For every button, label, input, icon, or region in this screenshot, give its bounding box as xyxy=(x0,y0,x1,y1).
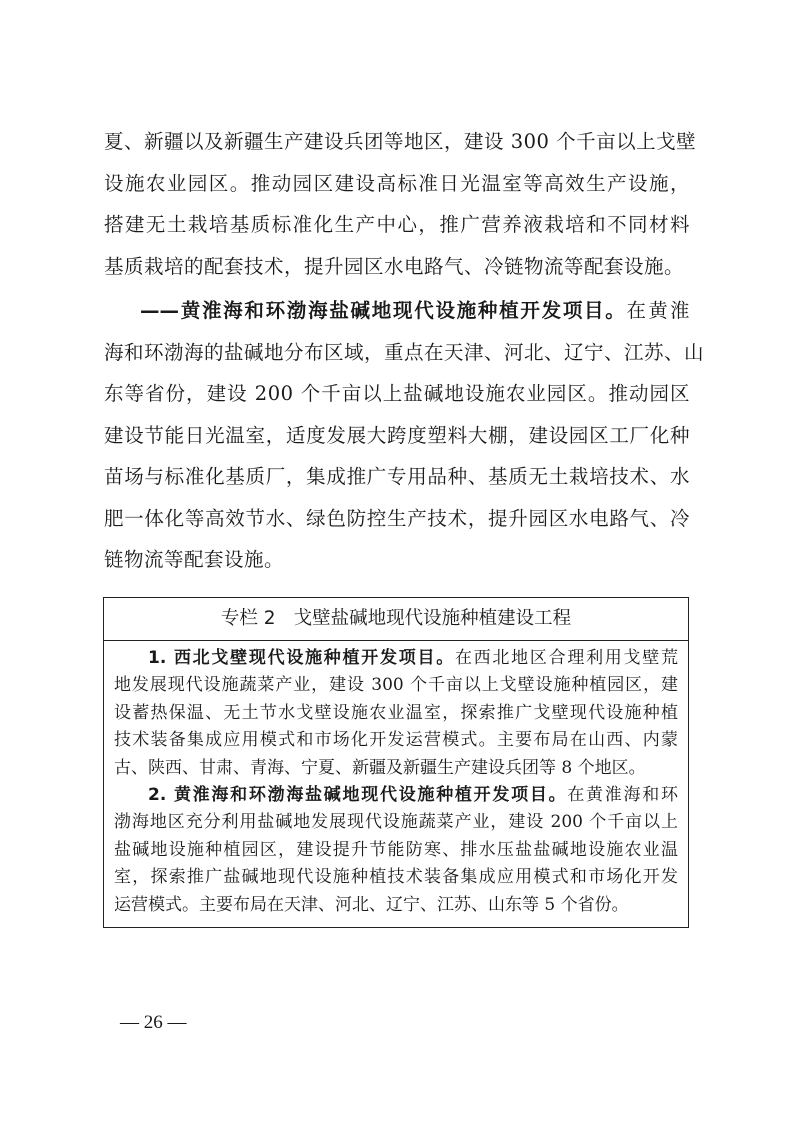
text-line: 技术装备集成应用模式和市场化开发运营模式。主要布局在山西、内蒙 xyxy=(114,727,678,754)
text-span: 在黄淮海和环 xyxy=(567,785,678,805)
page-number: — 26 — xyxy=(120,1012,187,1034)
box-body: 1. 西北戈壁现代设施种植开发项目。在西北地区合理利用戈壁荒 地发展现代设施蔬菜… xyxy=(104,641,688,919)
text-line: 地发展现代设施蔬菜产业，建设 300 个千亩以上戈壁设施种植园区，建 xyxy=(114,672,678,699)
box-title: 戈壁盐碱地现代设施种植建设工程 xyxy=(294,608,572,629)
text-line: 设蓄热保温、无土节水戈壁设施农业温室，探索推广戈壁现代设施种植 xyxy=(114,700,678,727)
text-span: 在黄淮 xyxy=(627,299,690,322)
text-line: 海和环渤海的盐碱地分布区域，重点在天津、河北、辽宁、江苏、山 xyxy=(104,332,690,374)
text-line: 苗场与标准化基质厂，集成推广专用品种、基质无土栽培技术、水 xyxy=(104,456,690,498)
text-line: 运营模式。主要布局在天津、河北、辽宁、江苏、山东等 5 个省份。 xyxy=(114,892,678,919)
text-line: 搭建无土栽培基质标准化生产中心，推广营养液栽培和不同材料 xyxy=(104,204,690,246)
item-1-heading: 1. 西北戈壁现代设施种植开发项目。 xyxy=(148,648,455,668)
box-label: 专栏 2 xyxy=(221,608,276,629)
text-line: 设施农业园区。推动园区建设高标准日光温室等高效生产设施， xyxy=(104,163,690,205)
text-line: 基质栽培的配套技术，提升园区水电路气、冷链物流等配套设施。 xyxy=(104,246,690,288)
column-box: 专栏 2戈壁盐碱地现代设施种植建设工程 1. 西北戈壁现代设施种植开发项目。在西… xyxy=(103,597,689,928)
text-line: 链物流等配套设施。 xyxy=(104,539,690,581)
item-2-first-line: 2. 黄淮海和环渤海盐碱地现代设施种植开发项目。在黄淮海和环 xyxy=(114,782,678,809)
item-1-first-line: 1. 西北戈壁现代设施种植开发项目。在西北地区合理利用戈壁荒 xyxy=(114,645,678,672)
box-header: 专栏 2戈壁盐碱地现代设施种植建设工程 xyxy=(104,598,688,641)
text-line: 建设节能日光温室，适度发展大跨度塑料大棚，建设园区工厂化种 xyxy=(104,415,690,457)
paragraph-1: 夏、新疆以及新疆生产建设兵团等地区，建设 300 个千亩以上戈壁 设施农业园区。… xyxy=(104,121,690,287)
text-line: 渤海地区充分利用盐碱地发展现代设施蔬菜产业，建设 200 个千亩以上 xyxy=(114,809,678,836)
text-line: 肥一体化等高效节水、绿色防控生产技术，提升园区水电路气、冷 xyxy=(104,498,690,540)
text-line: 古、陕西、甘肃、青海、宁夏、新疆及新疆生产建设兵团等 8 个地区。 xyxy=(114,755,678,782)
item-2-heading: 2. 黄淮海和环渤海盐碱地现代设施种植开发项目。 xyxy=(148,785,567,805)
paragraph-2: ——黄淮海和环渤海盐碱地现代设施种植开发项目。在黄淮 海和环渤海的盐碱地分布区域… xyxy=(104,290,690,581)
text-line: 室，探索推广盐碱地现代设施种植技术装备集成应用模式和市场化开发 xyxy=(114,864,678,891)
text-line: 东等省份，建设 200 个千亩以上盐碱地设施农业园区。推动园区 xyxy=(104,373,690,415)
text-span: 在西北地区合理利用戈壁荒 xyxy=(455,648,678,668)
text-line: 盐碱地设施种植园区，建设提升节能防寒、排水压盐盐碱地设施农业温 xyxy=(114,837,678,864)
text-line: 夏、新疆以及新疆生产建设兵团等地区，建设 300 个千亩以上戈壁 xyxy=(104,121,690,163)
document-page: 夏、新疆以及新疆生产建设兵团等地区，建设 300 个千亩以上戈壁 设施农业园区。… xyxy=(0,0,794,1123)
section-heading: ——黄淮海和环渤海盐碱地现代设施种植开发项目。 xyxy=(140,299,627,322)
paragraph-2-first-line: ——黄淮海和环渤海盐碱地现代设施种植开发项目。在黄淮 xyxy=(104,290,690,332)
